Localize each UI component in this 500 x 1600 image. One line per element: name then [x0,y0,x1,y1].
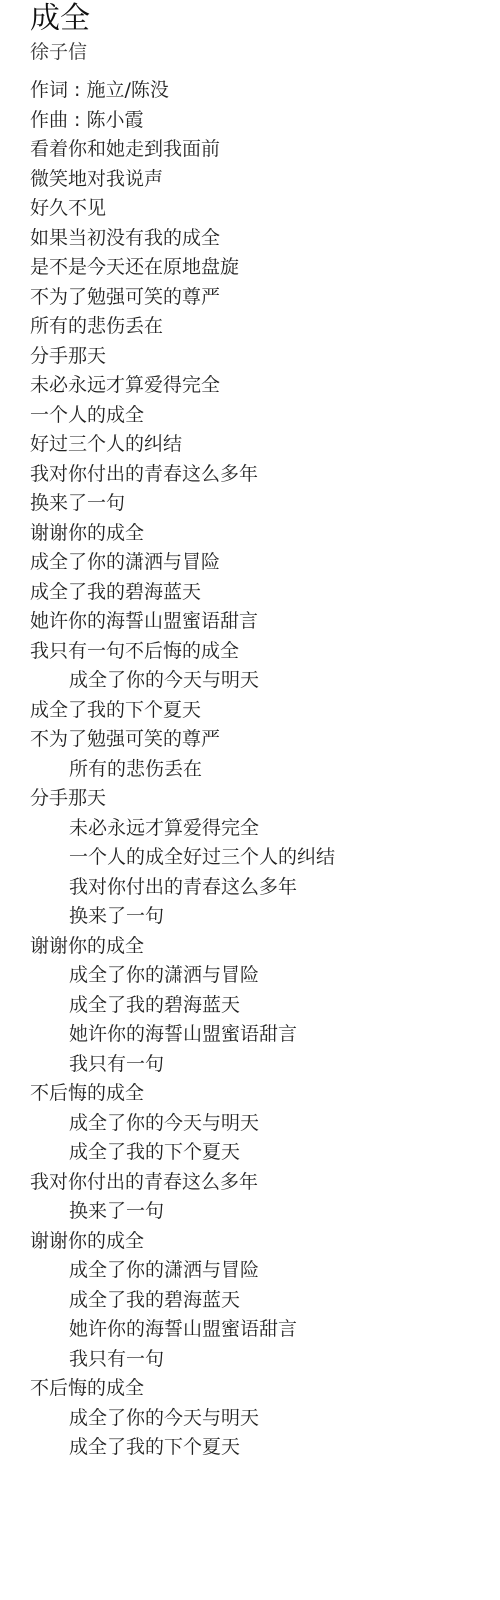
lyric-line: 我对你付出的青春这么多年 [30,873,335,903]
lyric-line: 未必永远才算爱得完全 [30,814,335,844]
lyric-line: 看着你和她走到我面前 [30,135,335,165]
lyric-line: 换来了一句 [30,1197,335,1227]
lyric-line: 我只有一句 [30,1050,335,1080]
lyric-line: 我只有一句 [30,1345,335,1375]
lyrics-body: 作词 : 施立/陈没作曲 : 陈小霞看着你和她走到我面前微笑地对我说声好久不见如… [30,76,335,1463]
song-title: 成全 [30,0,90,38]
lyric-line: 我对你付出的青春这么多年 [30,1168,335,1198]
lyric-line: 一个人的成全好过三个人的纠结 [30,843,335,873]
lyric-line: 成全了你的潇洒与冒险 [30,548,335,578]
lyric-line: 成全了我的下个夏天 [30,696,335,726]
artist-name: 徐子信 [30,38,87,66]
lyric-line: 一个人的成全 [30,401,335,431]
lyric-line: 换来了一句 [30,489,335,519]
lyric-line: 成全了你的潇洒与冒险 [30,1256,335,1286]
lyric-line: 是不是今天还在原地盘旋 [30,253,335,283]
lyric-line: 不为了勉强可笑的尊严 [30,725,335,755]
lyric-line: 她许你的海誓山盟蜜语甜言 [30,607,335,637]
lyric-line: 好过三个人的纠结 [30,430,335,460]
lyric-line: 我只有一句不后悔的成全 [30,637,335,667]
lyric-line: 谢谢你的成全 [30,1227,335,1257]
lyric-line: 不后悔的成全 [30,1374,335,1404]
lyric-line: 作词 : 施立/陈没 [30,76,335,106]
lyric-line: 所有的悲伤丢在 [30,312,335,342]
lyric-line: 作曲 : 陈小霞 [30,106,335,136]
lyric-line: 成全了你的潇洒与冒险 [30,961,335,991]
lyric-line: 不后悔的成全 [30,1079,335,1109]
lyric-line: 微笑地对我说声 [30,165,335,195]
lyric-line: 分手那天 [30,342,335,372]
lyric-line: 成全了我的碧海蓝天 [30,578,335,608]
lyric-line: 换来了一句 [30,902,335,932]
lyric-line: 谢谢你的成全 [30,519,335,549]
lyric-line: 成全了我的碧海蓝天 [30,1286,335,1316]
lyric-line: 好久不见 [30,194,335,224]
lyric-line: 成全了我的下个夏天 [30,1138,335,1168]
lyric-line: 成全了我的下个夏天 [30,1433,335,1463]
lyric-line: 如果当初没有我的成全 [30,224,335,254]
lyric-line: 不为了勉强可笑的尊严 [30,283,335,313]
lyric-line: 成全了我的碧海蓝天 [30,991,335,1021]
lyric-line: 谢谢你的成全 [30,932,335,962]
lyric-line: 成全了你的今天与明天 [30,666,335,696]
lyric-line: 我对你付出的青春这么多年 [30,460,335,490]
lyric-line: 所有的悲伤丢在 [30,755,335,785]
lyric-line: 她许你的海誓山盟蜜语甜言 [30,1020,335,1050]
lyric-line: 她许你的海誓山盟蜜语甜言 [30,1315,335,1345]
lyric-line: 成全了你的今天与明天 [30,1404,335,1434]
lyric-line: 成全了你的今天与明天 [30,1109,335,1139]
lyric-line: 未必永远才算爱得完全 [30,371,335,401]
lyric-line: 分手那天 [30,784,335,814]
